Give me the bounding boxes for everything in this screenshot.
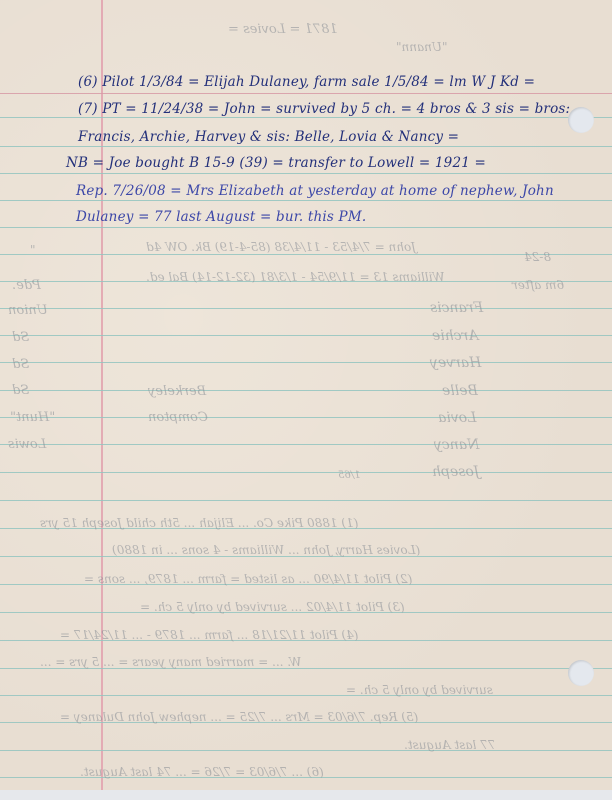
bleed-name-line: Lovia [438,410,476,426]
rule-line [0,390,612,391]
rule-line [0,362,612,363]
bleed-lower-line: survived by only 5 ch. = [346,683,493,697]
bleed-right-note: 8-24 [524,250,551,264]
bleed-lower-line: (6) ... 7/6/03 = 7/26 = ... 74 last Augu… [80,765,324,779]
rule-line [0,500,612,501]
rule-line [0,335,612,336]
bleed-name-line: Belle [442,383,478,399]
rule-line [0,444,612,445]
ink-entry-rep-2: Dulaney = 77 last August = bur. this PM. [76,209,366,225]
bleed-name-line: Archie [432,328,478,344]
bleed-name-line: Nancy [434,437,479,453]
top-red-rule [0,93,612,94]
bleed-left-note: Pde. [12,278,41,293]
bleed-left-note: Lowis [8,437,46,452]
rule-line [0,117,612,118]
bleed-middle-note: Berkeley [148,384,206,399]
bleed-lower-line: (Lovies Harry, John ... Williams - 4 son… [112,543,420,557]
bleed-lower-line: (1) 1880 Pike Co. ... Elijah ... 5th chi… [40,516,358,530]
rule-line [0,417,612,418]
rule-line [0,200,612,201]
rule-line [0,472,612,473]
bleed-left-note: Sd [12,383,29,398]
red-margin-line [101,0,103,790]
bleed-name-line: John = 7/4/53 - 11/4/38 (85-4-19) Bk. OW… [146,240,416,254]
bleed-lower-line: 77 last August. [404,738,495,752]
bleed-left-note: "Hunt" [10,410,55,425]
bleed-lower-line: (4) Pilot 11/21/18 ... farm ... 1879 - .… [60,628,358,642]
bleed-middle-note: Compton [148,410,208,425]
bleed-left-note: " [30,243,36,257]
binder-hole [568,107,594,133]
bleed-name-line: Francis [430,300,483,316]
bleed-left-note: Sd [12,330,29,345]
bleed-lower-line: (3) Pilot 11/4/02 ... survived by only 5… [140,600,405,614]
bleed-right-note: 6m after [512,278,564,292]
bleed-joseph-note: 1/65 [338,470,360,481]
rule-line [0,227,612,228]
bleed-name-line: Joseph [432,464,480,480]
ink-entry-6: (6) Pilot 1/3/84 = Elijah Dulaney, farm … [78,74,535,90]
rule-line [0,173,612,174]
ink-entry-rep-1: Rep. 7/26/08 = Mrs Elizabeth at yesterda… [76,183,554,199]
notebook-page: 1871 = Lovies = "Unann" John = 7/4/53 - … [0,0,612,790]
rule-line [0,254,612,255]
bleed-lower-line: W. ... = married many years = ... 5 yrs … [40,655,301,669]
bleed-top-quote: "Unann" [396,40,448,54]
binder-hole [568,660,594,686]
rule-line [0,695,612,696]
rule-line [0,308,612,309]
bleed-top-note: 1871 = Lovies = [228,22,338,37]
bleed-name-line: Harvey [430,355,481,371]
bleed-lower-line: (2) Pilot 11/4/90 ... as listed = farm .… [84,572,412,586]
ink-entry-nb: NB = Joe bought B 15-9 (39) = transfer t… [66,155,486,171]
bleed-name-line: Williams 13 = 11/9/54 - 1/3/81 (32-12-14… [146,270,445,284]
rule-line [0,146,612,147]
bleed-left-note: Sd [12,357,29,372]
scan-background [0,790,612,800]
ink-entry-7: (7) PT = 11/24/38 = John = survived by 5… [78,101,570,117]
rule-line [0,750,612,751]
bleed-left-note: Union [8,303,48,318]
bleed-lower-line: (5) Rep. 7/6/03 = Mrs ... 7/25 = ... nep… [60,710,418,724]
ink-entry-siblings: Francis, Archie, Harvey & sis: Belle, Lo… [78,129,459,145]
